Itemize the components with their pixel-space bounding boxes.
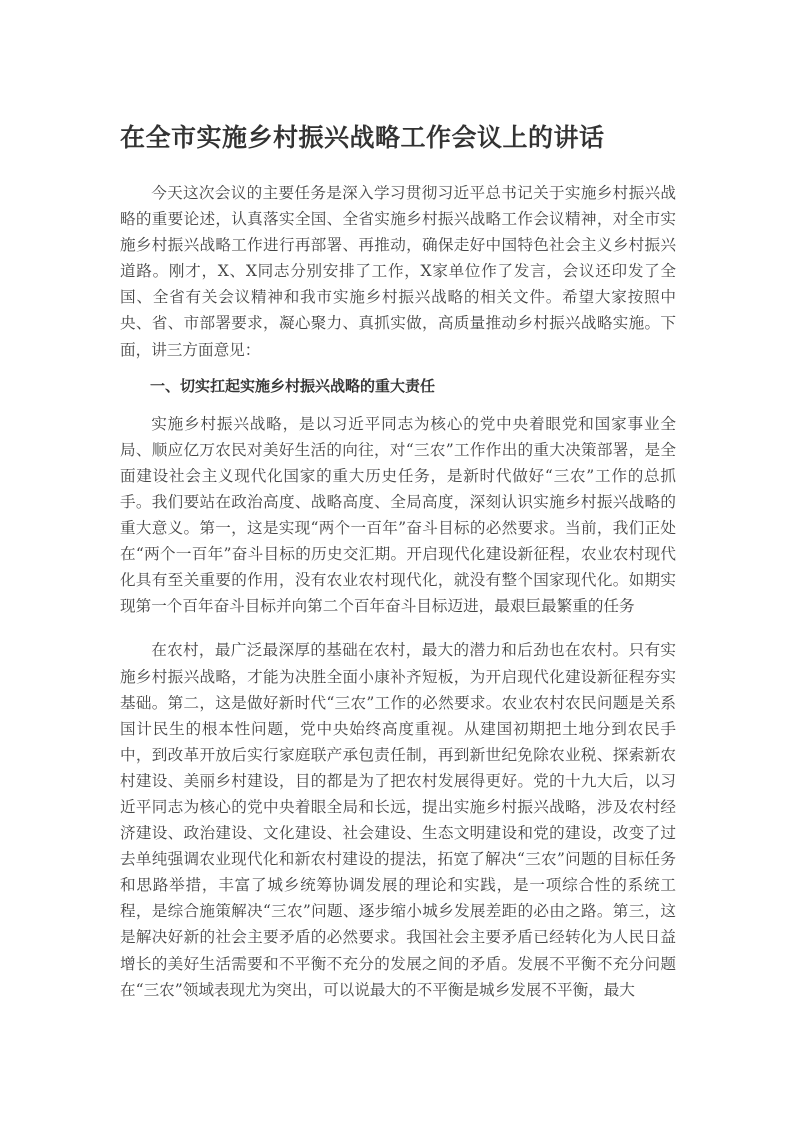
document-title: 在全市实施乡村振兴战略工作会议上的讲话 [120,118,676,158]
document-page: 在全市实施乡村振兴战略工作会议上的讲话 今天这次会议的主要任务是深入学习贯彻习近… [120,118,676,1003]
intro-paragraph: 今天这次会议的主要任务是深入学习贯彻习近平总书记关于实施乡村振兴战略的重要论述，… [120,180,676,363]
section-heading-1: 一、切实扛起实施乡村振兴战略的重大责任 [120,373,676,399]
paragraph-gap [120,619,676,637]
body-paragraph: 实施乡村振兴战略，是以习近平同志为核心的党中央着眼党和国家事业全局、顺应亿万农民… [120,411,676,620]
body-paragraph: 在农村，最广泛最深厚的基础在农村，最大的潜力和后劲也在农村。只有实施乡村振兴战略… [120,637,676,1002]
